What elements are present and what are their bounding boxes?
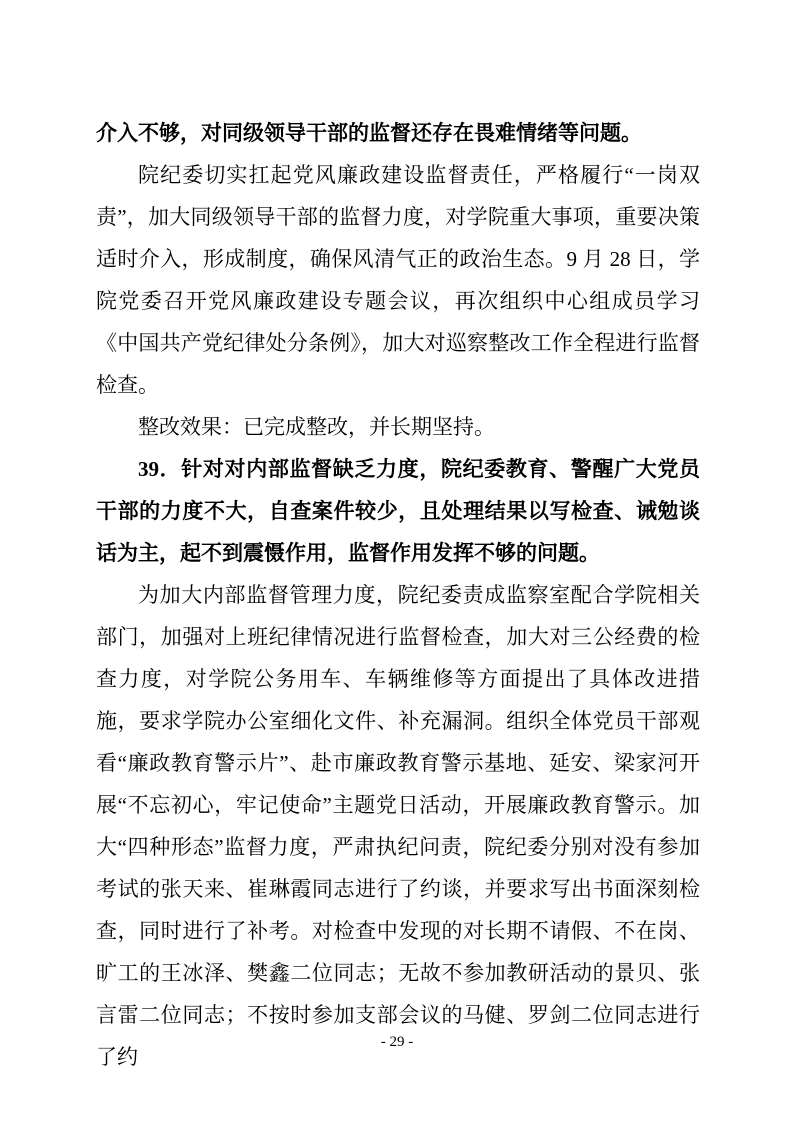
page-number: - 29 - [0,1032,794,1052]
problem-heading-continuation: 介入不够，对同级领导干部的监督还存在畏难情绪等问题。 [96,112,700,154]
rectification-measures-paragraph: 院纪委切实扛起党风廉政建设监督责任，严格履行“一岗双责”，加大同级领导干部的监督… [96,154,700,406]
rectification-result-paragraph: 整改效果：已完成整改，并长期坚持。 [96,406,700,448]
document-page: 介入不够，对同级领导干部的监督还存在畏难情绪等问题。院纪委切实扛起党风廉政建设监… [0,0,794,1123]
problem-heading-39: 39．针对对内部监督缺乏力度，院纪委教育、警醒广大党员干部的力度不大，自查案件较… [96,448,700,574]
document-body: 介入不够，对同级领导干部的监督还存在畏难情绪等问题。院纪委切实扛起党风廉政建设监… [96,112,700,1078]
rectification-measures-paragraph: 为加大内部监督管理力度，院纪委责成监察室配合学院相关部门，加强对上班纪律情况进行… [96,574,700,1078]
